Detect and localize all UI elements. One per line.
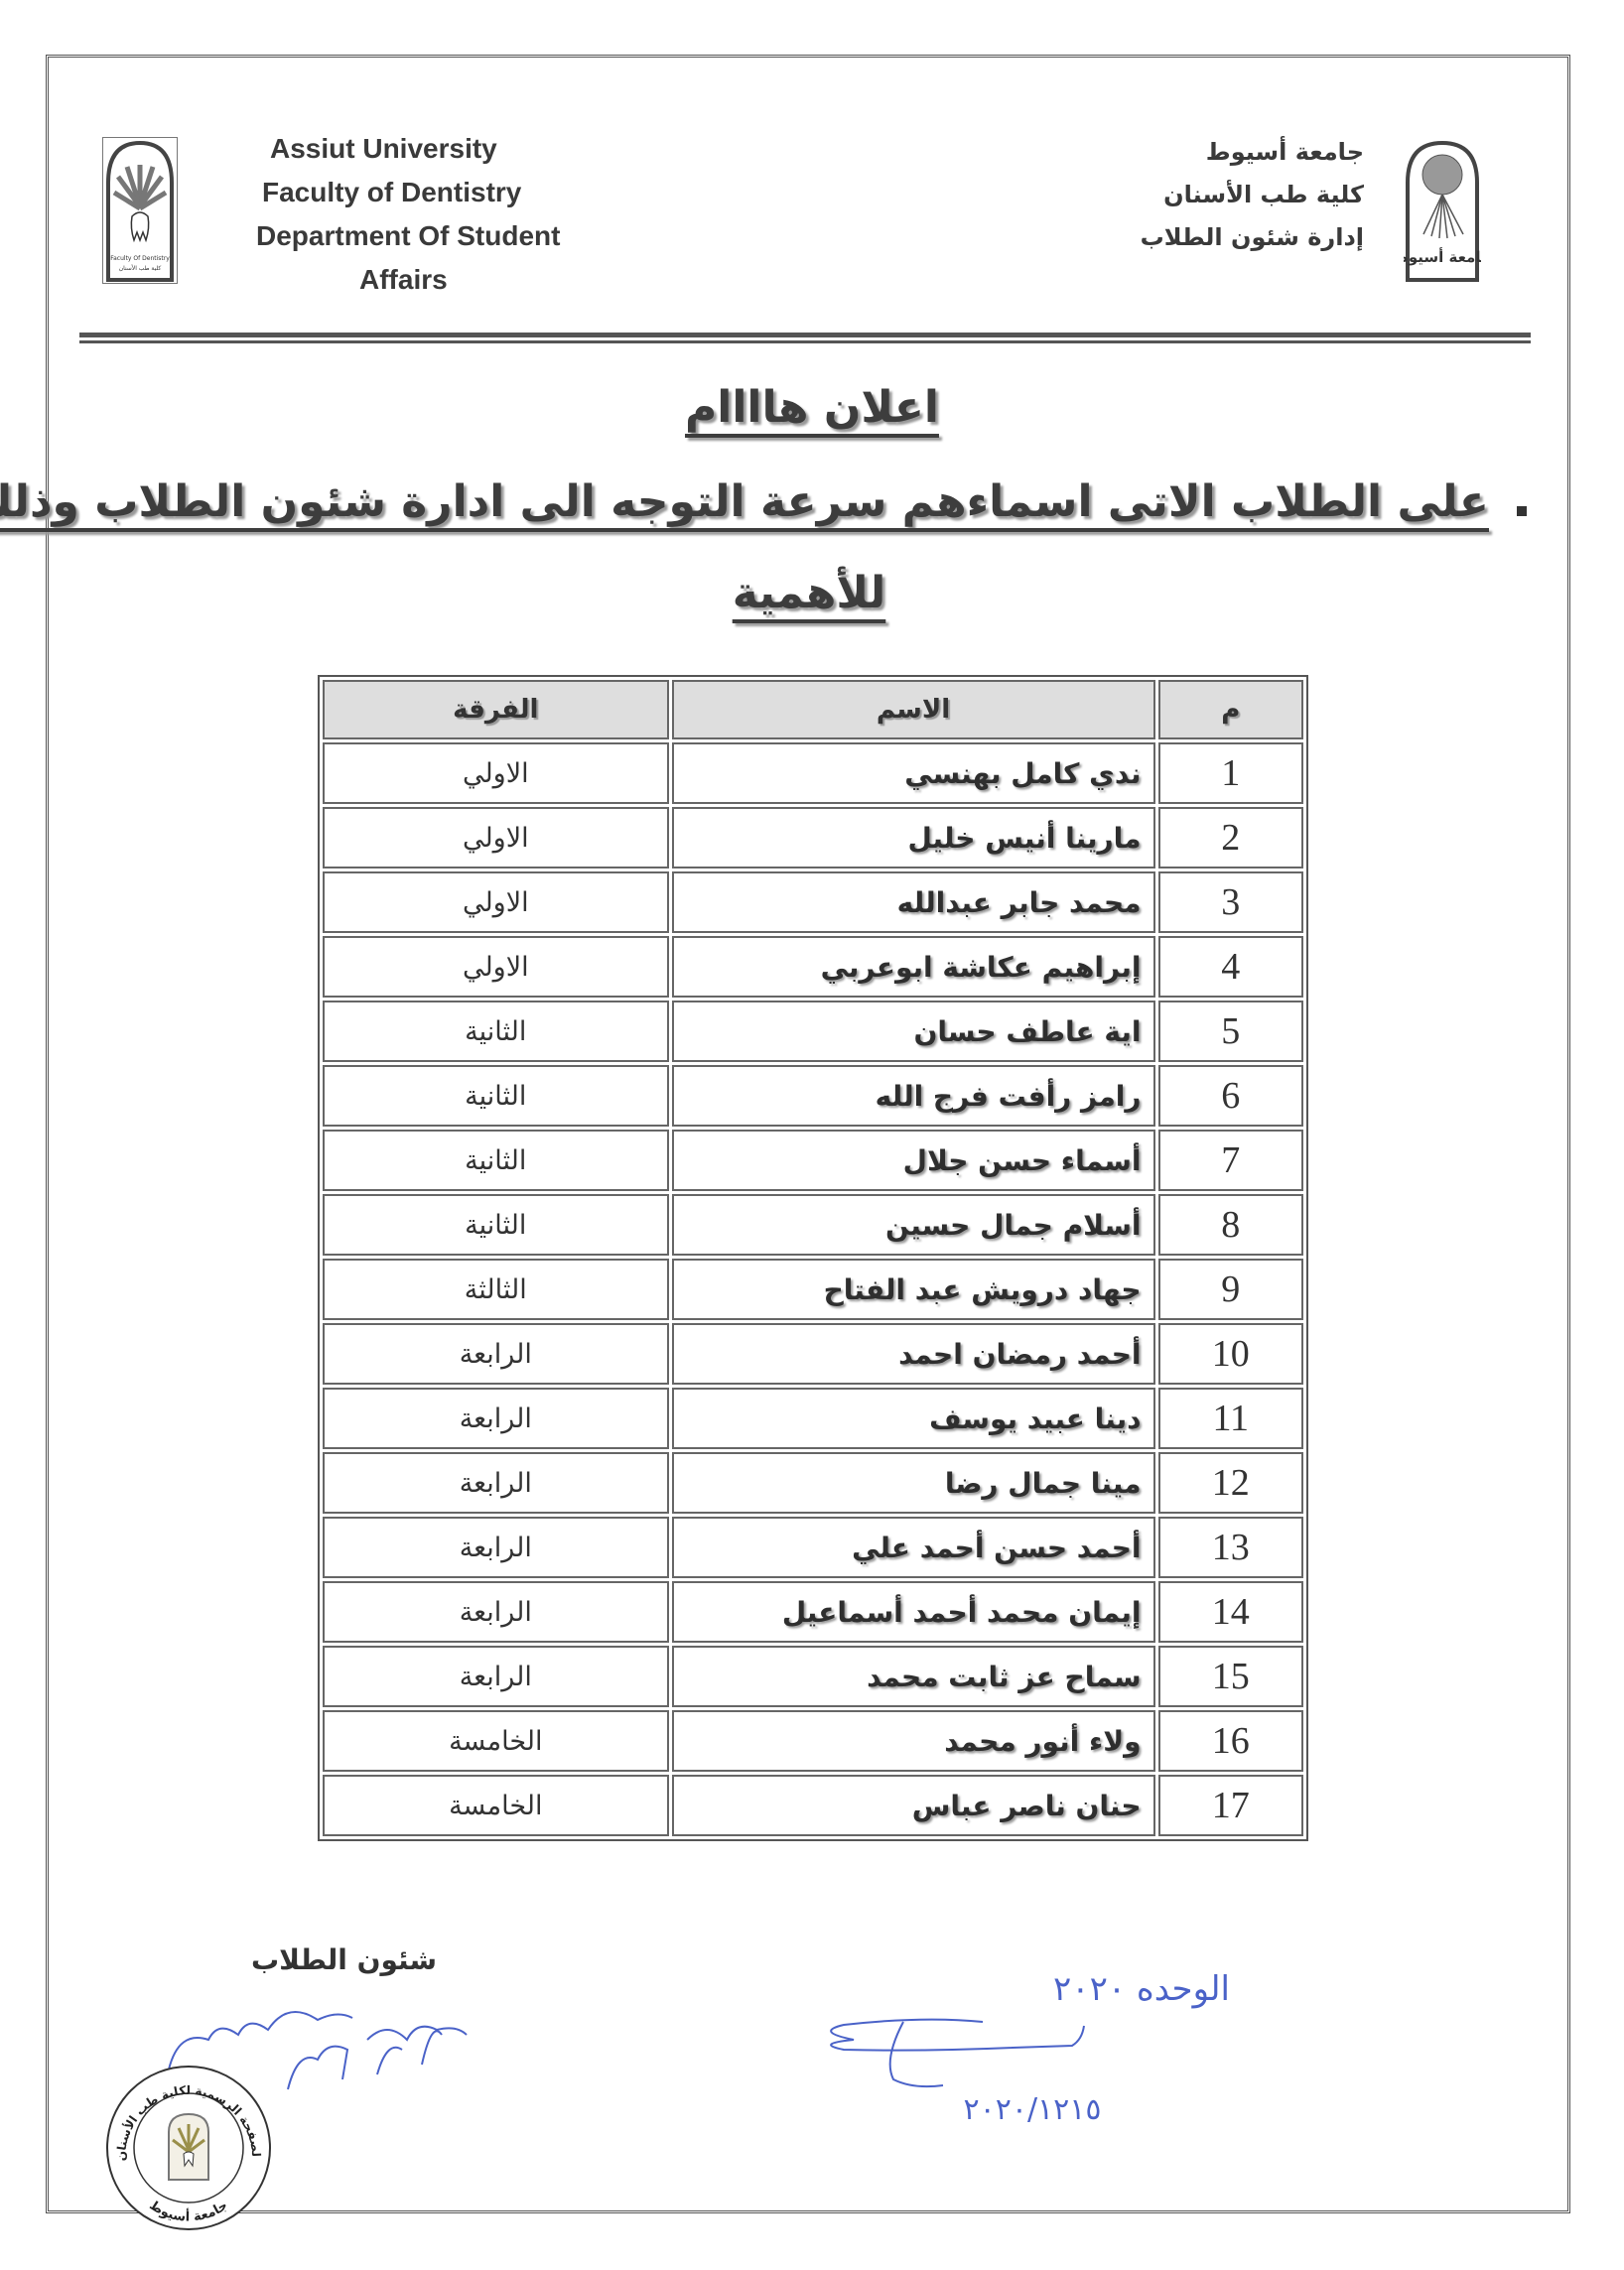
department-name-ar: إدارة شئون الطلاب	[1046, 216, 1364, 259]
row-number: 13	[1158, 1517, 1303, 1578]
student-name: ندي كامل بهنسي	[672, 742, 1155, 804]
student-year: الرابعة	[323, 1452, 669, 1514]
table-row: 5اية عاطف حسانالثانية	[323, 1001, 1303, 1062]
student-name: أحمد رمضان احمد	[672, 1323, 1155, 1385]
row-number: 10	[1158, 1323, 1303, 1385]
student-year: الثانية	[323, 1065, 669, 1127]
row-number: 3	[1158, 871, 1303, 933]
student-year: الرابعة	[323, 1323, 669, 1385]
student-year: الرابعة	[323, 1517, 669, 1578]
table-row: 15سماح عز ثابت محمدالرابعة	[323, 1646, 1303, 1707]
student-year: الثانية	[323, 1130, 669, 1191]
row-number: 9	[1158, 1259, 1303, 1320]
student-year: الرابعة	[323, 1388, 669, 1449]
student-name: إبراهيم عكاشة ابوعربي	[672, 936, 1155, 998]
department-name-en-cont: Affairs	[256, 258, 633, 302]
announcement-title: اعلان هاااام	[0, 382, 1624, 433]
faculty-name-en: Faculty of Dentistry	[256, 171, 633, 214]
student-year: الاولي	[323, 871, 669, 933]
svg-text:جامعة أسيوط: جامعة أسيوط	[1404, 247, 1481, 266]
header-arabic: جامعة أسيوط كلية طب الأسنان إدارة شئون ا…	[1046, 131, 1364, 259]
student-name: مينا جمال رضا	[672, 1452, 1155, 1514]
student-name: رامز رأفت فرج الله	[672, 1065, 1155, 1127]
university-name-ar: جامعة أسيوط	[1046, 131, 1364, 174]
student-name: جهاد درويش عبد الفتاح	[672, 1259, 1155, 1320]
student-year: الاولي	[323, 742, 669, 804]
student-name: أحمد حسن أحمد علي	[672, 1517, 1155, 1578]
row-number: 4	[1158, 936, 1303, 998]
table-row: 12مينا جمال رضاالرابعة	[323, 1452, 1303, 1514]
student-name: حنان ناصر عباس	[672, 1775, 1155, 1836]
table-row: 9جهاد درويش عبد الفتاحالثالثة	[323, 1259, 1303, 1320]
row-number: 12	[1158, 1452, 1303, 1514]
table-row: 1ندي كامل بهنسيالاولي	[323, 742, 1303, 804]
students-table: م الاسم الفرقة 1ندي كامل بهنسيالاولي2مار…	[318, 675, 1308, 1841]
notice-line-2: للأهمية	[79, 568, 1539, 618]
student-year: الاولي	[323, 807, 669, 868]
student-name: أسماء حسن جلال	[672, 1130, 1155, 1191]
official-stamp-icon: الصفحة الرسمية لكلية طب الأسنان جامعة أس…	[103, 2063, 274, 2233]
header-divider	[79, 333, 1531, 337]
faculty-logo-icon: Faculty Of Dentistry كلية طب الأسنان	[102, 137, 178, 284]
faculty-name-ar: كلية طب الأسنان	[1046, 174, 1364, 216]
table-row: 11دينا عبيد يوسفالرابعة	[323, 1388, 1303, 1449]
student-year: الرابعة	[323, 1581, 669, 1643]
student-name: أسلام جمال حسين	[672, 1194, 1155, 1256]
row-number: 14	[1158, 1581, 1303, 1643]
header-name: الاسم	[672, 680, 1155, 739]
header-english: Assiut University Faculty of Dentistry D…	[256, 127, 633, 302]
table-header-row: م الاسم الفرقة	[323, 680, 1303, 739]
table-row: 17حنان ناصر عباسالخامسة	[323, 1775, 1303, 1836]
notice-line-1: على الطلاب الاتى اسماءهم سرعة التوجه الى…	[0, 476, 1489, 527]
header-year: الفرقة	[323, 680, 669, 739]
student-year: الثالثة	[323, 1259, 669, 1320]
svg-text:Faculty Of Dentistry: Faculty Of Dentistry	[110, 255, 170, 262]
student-name: إيمان محمد أحمد أسماعيل	[672, 1581, 1155, 1643]
header-num: م	[1158, 680, 1303, 739]
student-year: الرابعة	[323, 1646, 669, 1707]
row-number: 17	[1158, 1775, 1303, 1836]
row-number: 2	[1158, 807, 1303, 868]
student-name: دينا عبيد يوسف	[672, 1388, 1155, 1449]
table-row: 2مارينا أنيس خليلالاولي	[323, 807, 1303, 868]
table-row: 14إيمان محمد أحمد أسماعيلالرابعة	[323, 1581, 1303, 1643]
table-row: 3محمد جابر عبداللهالاولي	[323, 871, 1303, 933]
student-year: الخامسة	[323, 1775, 669, 1836]
signature-right: الوحده ٢٠٢٠ ٢٠٢٠/١٢١٥	[804, 1960, 1340, 2139]
row-number: 1	[1158, 742, 1303, 804]
svg-text:٢٠٢٠/١٢١٥: ٢٠٢٠/١٢١٥	[963, 2092, 1101, 2127]
table-row: 10أحمد رمضان احمدالرابعة	[323, 1323, 1303, 1385]
student-name: مارينا أنيس خليل	[672, 807, 1155, 868]
student-year: الثانية	[323, 1194, 669, 1256]
row-number: 6	[1158, 1065, 1303, 1127]
table-row: 6رامز رأفت فرج اللهالثانية	[323, 1065, 1303, 1127]
row-number: 7	[1158, 1130, 1303, 1191]
table-row: 16ولاء أنور محمدالخامسة	[323, 1710, 1303, 1772]
table-row: 13أحمد حسن أحمد عليالرابعة	[323, 1517, 1303, 1578]
row-number: 8	[1158, 1194, 1303, 1256]
student-year: الثانية	[323, 1001, 669, 1062]
table-row: 4إبراهيم عكاشة ابوعربيالاولي	[323, 936, 1303, 998]
table-row: 8أسلام جمال حسينالثانية	[323, 1194, 1303, 1256]
student-name: محمد جابر عبدالله	[672, 871, 1155, 933]
university-name-en: Assiut University	[256, 127, 633, 171]
department-name-en: Department Of Student	[256, 214, 633, 258]
student-name: سماح عز ثابت محمد	[672, 1646, 1155, 1707]
svg-text:الوحده ٢٠٢٠: الوحده ٢٠٢٠	[1053, 1969, 1230, 2009]
row-number: 5	[1158, 1001, 1303, 1062]
student-name: اية عاطف حسان	[672, 1001, 1155, 1062]
university-logo-icon: جامعة أسيوط	[1404, 139, 1481, 284]
row-number: 15	[1158, 1646, 1303, 1707]
student-year: الاولي	[323, 936, 669, 998]
header-divider-thin	[79, 340, 1531, 343]
bullet-icon	[1517, 506, 1527, 516]
row-number: 11	[1158, 1388, 1303, 1449]
table-row: 7أسماء حسن جلالالثانية	[323, 1130, 1303, 1191]
student-affairs-label: شئون الطلاب	[199, 1943, 437, 1976]
student-year: الخامسة	[323, 1710, 669, 1772]
row-number: 16	[1158, 1710, 1303, 1772]
svg-text:كلية طب الأسنان: كلية طب الأسنان	[119, 264, 162, 272]
student-name: ولاء أنور محمد	[672, 1710, 1155, 1772]
